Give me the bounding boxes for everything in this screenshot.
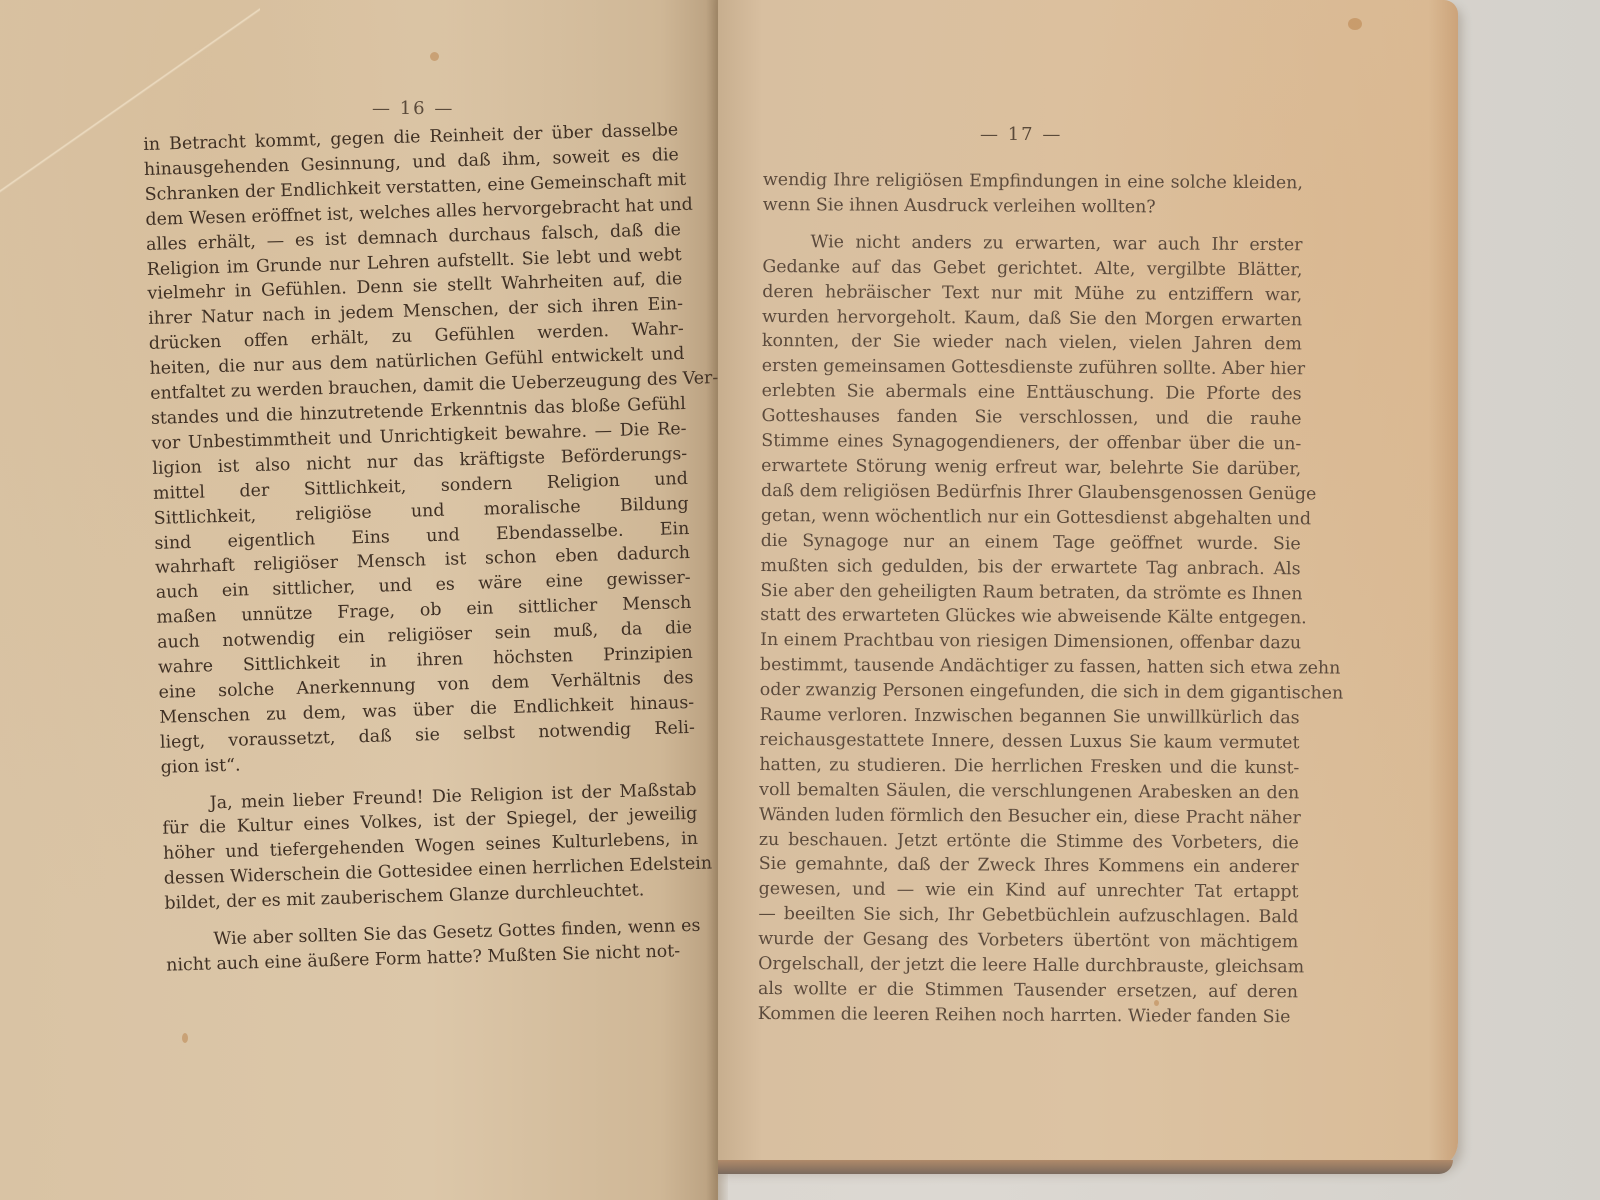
text-line: ersten gemeinsamen Gottesdienste zuführe… — [762, 354, 1302, 382]
text-line: Raume verloren. Inzwischen begannen Sie … — [760, 703, 1300, 731]
text-line: wurden hervorgeholt. Kaum, daß Sie den M… — [762, 305, 1302, 333]
paragraph: wendig Ihre religiösen Empfindungen in e… — [763, 168, 1303, 221]
text-line: Sie aber den geheiligten Raum betraten, … — [760, 578, 1300, 606]
text-line: zu beschauen. Jetzt ertönte die Stimme d… — [759, 828, 1299, 856]
text-line: daß dem religiösen Bedürfnis Ihrer Glaub… — [761, 479, 1301, 507]
text-line: konnten, der Sie wieder nach vielen, vie… — [762, 329, 1302, 357]
text-line: reichausgestattete Innere, dessen Luxus … — [759, 728, 1299, 756]
paragraph: Ja, mein lieber Freund! Die Religion ist… — [161, 777, 699, 916]
text-line: Sie gemahnte, daß der Zweck Ihres Kommen… — [759, 852, 1299, 880]
text-line: gewesen, und — wie ein Kind auf unrechte… — [759, 877, 1299, 905]
page-number: — 17 — — [980, 124, 1062, 145]
text-line: mußten sich gedulden, bis der erwartete … — [760, 554, 1300, 582]
text-line: erwartete Störung wenig erfreut war, bel… — [761, 454, 1301, 482]
text-line: als wollte er die Stimmen Tausender erse… — [758, 977, 1298, 1005]
text-line: hatten, zu studieren. Die herrlichen Fre… — [759, 753, 1299, 781]
text-line: die Synagoge nur an einem Tage geöffnet … — [761, 529, 1301, 557]
text-line: Wänden luden förmlich den Besucher ein, … — [759, 803, 1299, 831]
foxing-spot — [182, 1033, 188, 1043]
text-line: Orgelschall, der jetzt die leere Halle d… — [758, 952, 1298, 980]
text-line: erlebten Sie abermals eine Enttäuschung.… — [762, 379, 1302, 407]
text-line: In einem Prachtbau von riesigen Dimensio… — [760, 628, 1300, 656]
text-line: Wie nicht anders zu erwarten, war auch I… — [762, 230, 1302, 258]
text-line: getan, wenn wöchentlich nur ein Gottesdi… — [761, 504, 1301, 532]
text-line: wurde der Gesang des Vorbeters übertönt … — [758, 927, 1298, 955]
paragraph: Wie nicht anders zu erwarten, war auch I… — [758, 230, 1303, 1030]
text-line: wendig Ihre religiösen Empfindungen in e… — [763, 168, 1303, 196]
text-line: — beeilten Sie sich, Ihr Gebetbüchlein a… — [758, 902, 1298, 930]
foxing-spot — [430, 52, 439, 61]
right-page-text: wendig Ihre religiösen Empfindungen in e… — [758, 168, 1303, 1030]
text-line: statt des erwarteten Glückes wie abweise… — [760, 603, 1300, 631]
left-page-text: in Betracht kommt, gegen die Reinheit de… — [143, 118, 701, 979]
paragraph: in Betracht kommt, gegen die Reinheit de… — [143, 118, 696, 780]
open-book: — 16 — in Betracht kommt, gegen die Rein… — [0, 0, 1480, 1200]
book-bottom-edge — [718, 1160, 1453, 1174]
page-number: — 16 — — [372, 98, 454, 119]
text-line: Stimme eines Synagogendieners, der offen… — [761, 429, 1301, 457]
left-page: — 16 — in Betracht kommt, gegen die Rein… — [0, 0, 718, 1200]
text-line: deren hebräischer Text nur mit Mühe zu e… — [762, 280, 1302, 308]
text-line: Gotteshauses fanden Sie verschlossen, un… — [761, 404, 1301, 432]
text-line: oder zwanzig Personen eingefunden, die s… — [760, 678, 1300, 706]
text-line: Kommen die leeren Reihen noch harrten. W… — [758, 1002, 1298, 1030]
text-line: Gedanke auf das Gebet gerichtet. Alte, v… — [762, 255, 1302, 283]
foxing-spot — [1348, 18, 1362, 30]
text-line: wenn Sie ihnen Ausdruck verleihen wollte… — [763, 193, 1303, 221]
right-page: — 17 — wendig Ihre religiösen Empfindung… — [718, 0, 1458, 1168]
text-line: bestimmt, tausende Andächtiger zu fassen… — [760, 653, 1300, 681]
text-line: voll bemalten Säulen, die verschlungenen… — [759, 778, 1299, 806]
